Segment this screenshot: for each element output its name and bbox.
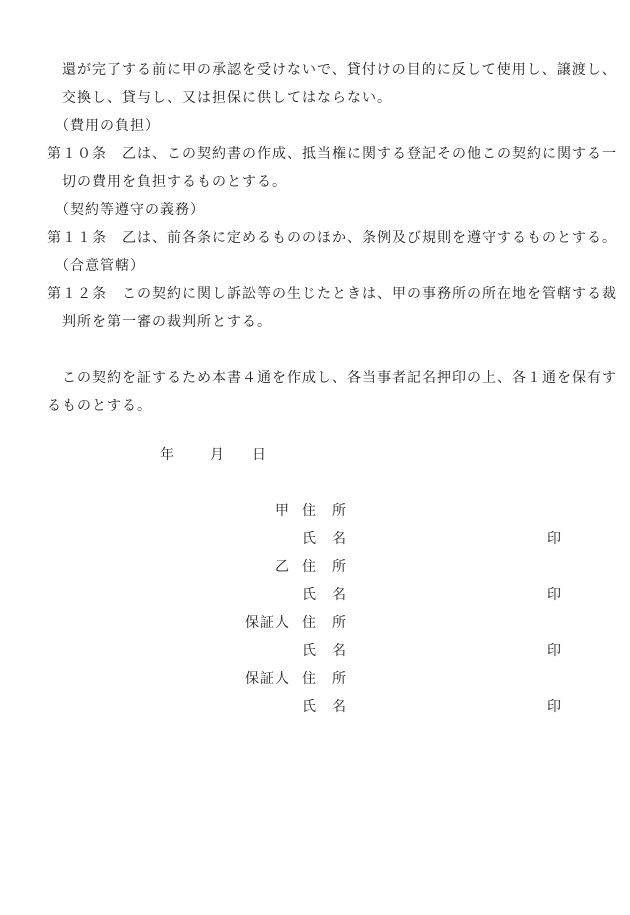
contract-line: 交換し、貸与し、又は担保に供してはならない。 xyxy=(47,84,630,112)
date-line: 年月日 xyxy=(47,441,630,469)
spacer xyxy=(47,469,630,497)
field-label: 住 所 xyxy=(302,553,347,581)
closing-clause-line: るものとする。 xyxy=(47,392,630,420)
contract-line: 判所を第一審の裁判所とする。 xyxy=(47,308,630,336)
contract-body: 還が完了する前に甲の承認を受けないで、貸付けの目的に反して使用し、譲渡し、 交換… xyxy=(47,56,630,420)
signature-row: 甲 住 所 xyxy=(47,497,630,525)
seal-mark: 印 xyxy=(547,525,562,553)
signature-row: 氏 名 印 xyxy=(47,525,630,553)
field-label: 住 所 xyxy=(302,609,347,637)
field-label: 住 所 xyxy=(302,665,347,693)
signature-row: 氏 名 印 xyxy=(47,581,630,609)
day-label: 日 xyxy=(252,447,267,463)
field-label: 氏 名 xyxy=(302,693,347,721)
party-label: 乙 xyxy=(47,553,290,581)
signature-row: 氏 名 印 xyxy=(47,693,630,721)
article-12-line: 第１２条 この契約に関し訴訟等の生じたときは、甲の事務所の所在地を管轄する裁 xyxy=(47,280,630,308)
seal-mark: 印 xyxy=(547,637,562,665)
blank-line xyxy=(47,336,630,364)
month-label: 月 xyxy=(210,447,225,463)
signature-row: 保証人 住 所 xyxy=(47,609,630,637)
party-label: 甲 xyxy=(47,497,290,525)
party-label: 保証人 xyxy=(47,665,290,693)
spacer xyxy=(47,420,630,441)
signature-row: 保証人 住 所 xyxy=(47,665,630,693)
closing-clause-line: この契約を証するため本書４通を作成し、各当事者記名押印の上、各１通を保有す xyxy=(47,364,630,392)
party-label: 保証人 xyxy=(47,609,290,637)
contract-line: 切の費用を負担するものとする。 xyxy=(47,168,630,196)
article-heading: （費用の負担） xyxy=(47,112,630,140)
year-label: 年 xyxy=(160,447,175,463)
contract-page: 還が完了する前に甲の承認を受けないで、貸付けの目的に反して使用し、譲渡し、 交換… xyxy=(0,0,630,915)
article-heading: （合意管轄） xyxy=(47,252,630,280)
field-label: 氏 名 xyxy=(302,581,347,609)
article-heading: （契約等遵守の義務） xyxy=(47,196,630,224)
signature-block: 甲 住 所 氏 名 印 乙 住 所 氏 名 印 保証人 住 所 氏 名 印 xyxy=(47,497,630,721)
field-label: 氏 名 xyxy=(302,637,347,665)
seal-mark: 印 xyxy=(547,693,562,721)
article-10-line: 第１０条 乙は、この契約書の作成、抵当権に関する登記その他この契約に関する一 xyxy=(47,140,630,168)
seal-mark: 印 xyxy=(547,581,562,609)
article-11-line: 第１１条 乙は、前各条に定めるもののほか、条例及び規則を遵守するものとする。 xyxy=(47,224,630,252)
field-label: 住 所 xyxy=(302,497,347,525)
contract-line: 還が完了する前に甲の承認を受けないで、貸付けの目的に反して使用し、譲渡し、 xyxy=(47,56,630,84)
signature-row: 氏 名 印 xyxy=(47,637,630,665)
field-label: 氏 名 xyxy=(302,525,347,553)
signature-row: 乙 住 所 xyxy=(47,553,630,581)
